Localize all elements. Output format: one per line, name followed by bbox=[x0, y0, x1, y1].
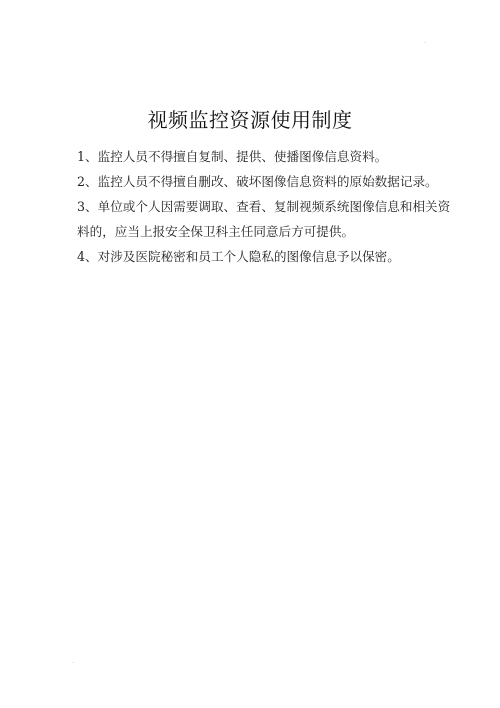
rule-item-3: 3、单位或个人因需要调取、查看、复制视频系统图像信息和相关资 料的，应当上报安全… bbox=[77, 194, 429, 244]
rule-line: 2、监控人员不得擅自删改、破坏图像信息资料的原始数据记录。 bbox=[77, 169, 429, 194]
document-title: 视频监控资源使用制度 bbox=[0, 107, 500, 133]
rule-item-1: 1、监控人员不得擅自复制、提供、使播图像信息资料。 bbox=[77, 144, 429, 169]
rule-line-continued: 料的，应当上报安全保卫科主任同意后方可提供。 bbox=[77, 219, 429, 244]
document-page: · 视频监控资源使用制度 1、监控人员不得擅自复制、提供、使播图像信息资料。 2… bbox=[0, 0, 500, 708]
rule-line: 4、对涉及医院秘密和员工个人隐私的图像信息予以保密。 bbox=[77, 244, 429, 269]
rule-line: 3、单位或个人因需要调取、查看、复制视频系统图像信息和相关资 bbox=[77, 194, 429, 219]
document-body: 1、监控人员不得擅自复制、提供、使播图像信息资料。 2、监控人员不得擅自删改、破… bbox=[77, 144, 429, 269]
rule-item-2: 2、监控人员不得擅自删改、破坏图像信息资料的原始数据记录。 bbox=[77, 169, 429, 194]
rule-item-4: 4、对涉及医院秘密和员工个人隐私的图像信息予以保密。 bbox=[77, 244, 429, 269]
rule-line: 1、监控人员不得擅自复制、提供、使播图像信息资料。 bbox=[77, 144, 429, 169]
corner-mark-bottom-left: · bbox=[72, 660, 74, 667]
corner-mark-top-right: · bbox=[424, 40, 426, 47]
